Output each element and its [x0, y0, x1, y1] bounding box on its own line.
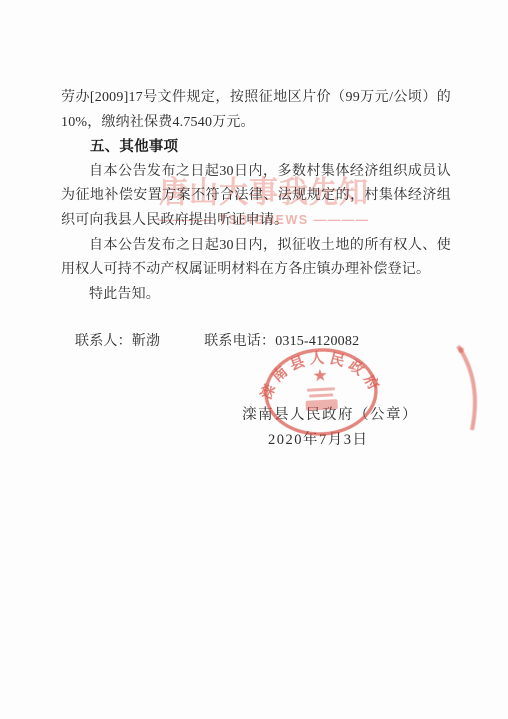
seal-ring-text: 滦南县人民政府	[257, 347, 386, 403]
seal-star-icon: ★	[312, 366, 328, 386]
contact-phone: 联系电话：0315-4120082	[204, 334, 359, 349]
paragraph-notice: 特此告知。	[61, 283, 451, 308]
paragraph-hearing-request: 自本公告发布之日起30日内，多数村集体经济组织成员认为征地补偿安置方案不符合法律…	[61, 160, 451, 234]
document-page: 唐山大事我先知 ———— TSBIGNEWS ———— 劳办[2009]17号文…	[0, 0, 508, 719]
document-body: 劳办[2009]17号文件规定，按照征地区片价（99万元/公顷）的10%，缴纳社…	[61, 86, 451, 355]
date-line: 2020年7月3日	[268, 428, 369, 449]
paragraph-social-security: 劳办[2009]17号文件规定，按照征地区片价（99万元/公顷）的10%，缴纳社…	[61, 86, 451, 135]
contact-person: 联系人：靳渤	[75, 334, 160, 349]
signature-line: 滦南县人民政府（公章）	[242, 403, 418, 424]
stray-stamp-arc-icon	[446, 341, 492, 435]
contact-line: 联系人：靳渤联系电话：0315-4120082	[61, 330, 451, 355]
paragraph-compensation-registration: 自本公告发布之日起30日内，拟征收土地的所有权人、使用权人可持不动产权属证明材料…	[61, 234, 451, 283]
svg-text:滦南县人民政府: 滦南县人民政府	[257, 347, 386, 403]
heading-other-matters: 五、其他事项	[61, 135, 451, 160]
